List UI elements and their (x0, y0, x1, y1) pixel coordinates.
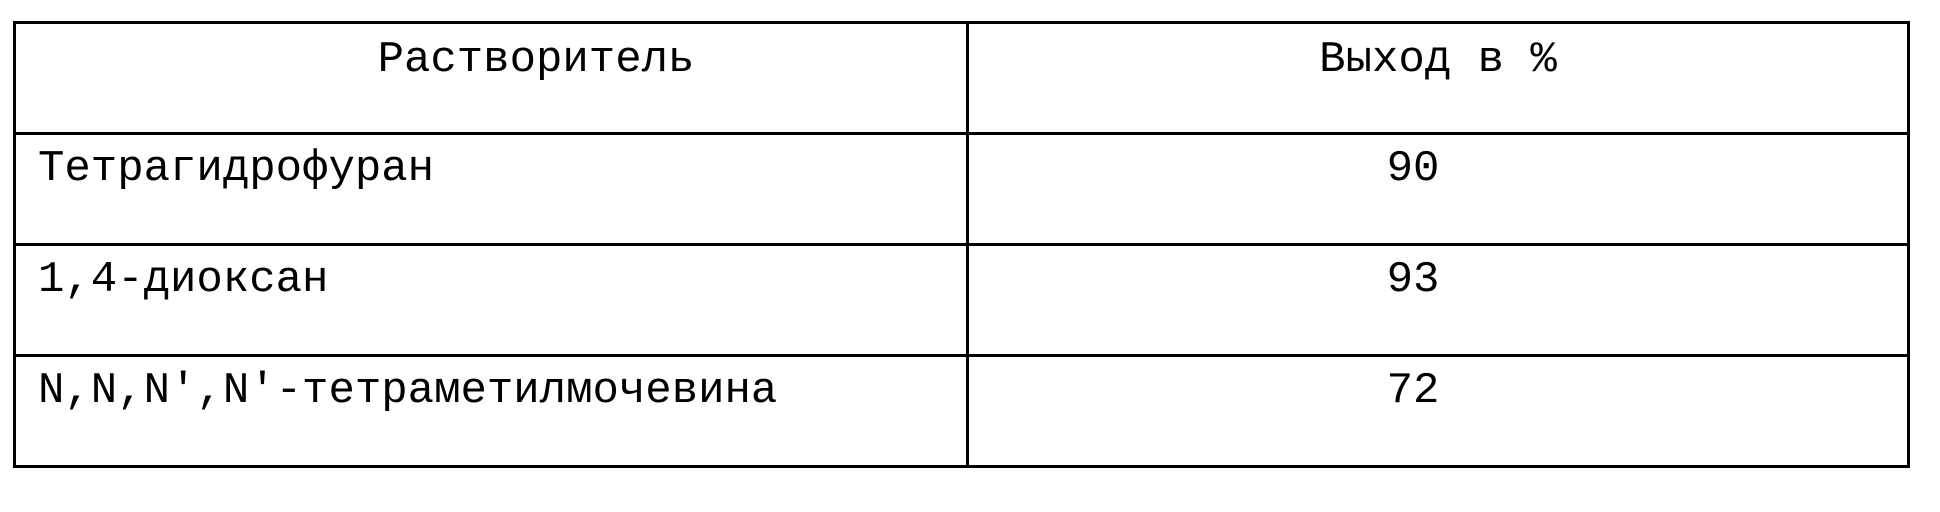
solvent-cell: Тетрагидрофуран (15, 134, 968, 245)
yield-value: 72 (969, 357, 1907, 413)
solvent-name: 1,4-диоксан (16, 246, 966, 302)
table-row: N,N,N′,N′-тетраметилмочевина 72 (15, 356, 1909, 467)
header-yield: Выход в % (968, 23, 1909, 134)
table-row: 1,4-диоксан 93 (15, 245, 1909, 356)
solvent-cell: 1,4-диоксан (15, 245, 968, 356)
table-header-row: Растворитель Выход в % (15, 23, 1909, 134)
solvent-name: Тетрагидрофуран (16, 135, 966, 191)
yield-cell: 90 (968, 134, 1909, 245)
yield-cell: 72 (968, 356, 1909, 467)
yield-value: 90 (969, 135, 1907, 191)
header-solvent: Растворитель (15, 23, 968, 134)
solvent-name: N,N,N′,N′-тетраметилмочевина (16, 357, 966, 413)
header-yield-label: Выход в % (969, 24, 1907, 82)
solvent-yield-table: Растворитель Выход в % Тетрагидрофуран 9… (13, 21, 1910, 468)
solvent-cell: N,N,N′,N′-тетраметилмочевина (15, 356, 968, 467)
yield-cell: 93 (968, 245, 1909, 356)
table-row: Тетрагидрофуран 90 (15, 134, 1909, 245)
header-solvent-label: Растворитель (16, 24, 966, 82)
yield-value: 93 (969, 246, 1907, 302)
